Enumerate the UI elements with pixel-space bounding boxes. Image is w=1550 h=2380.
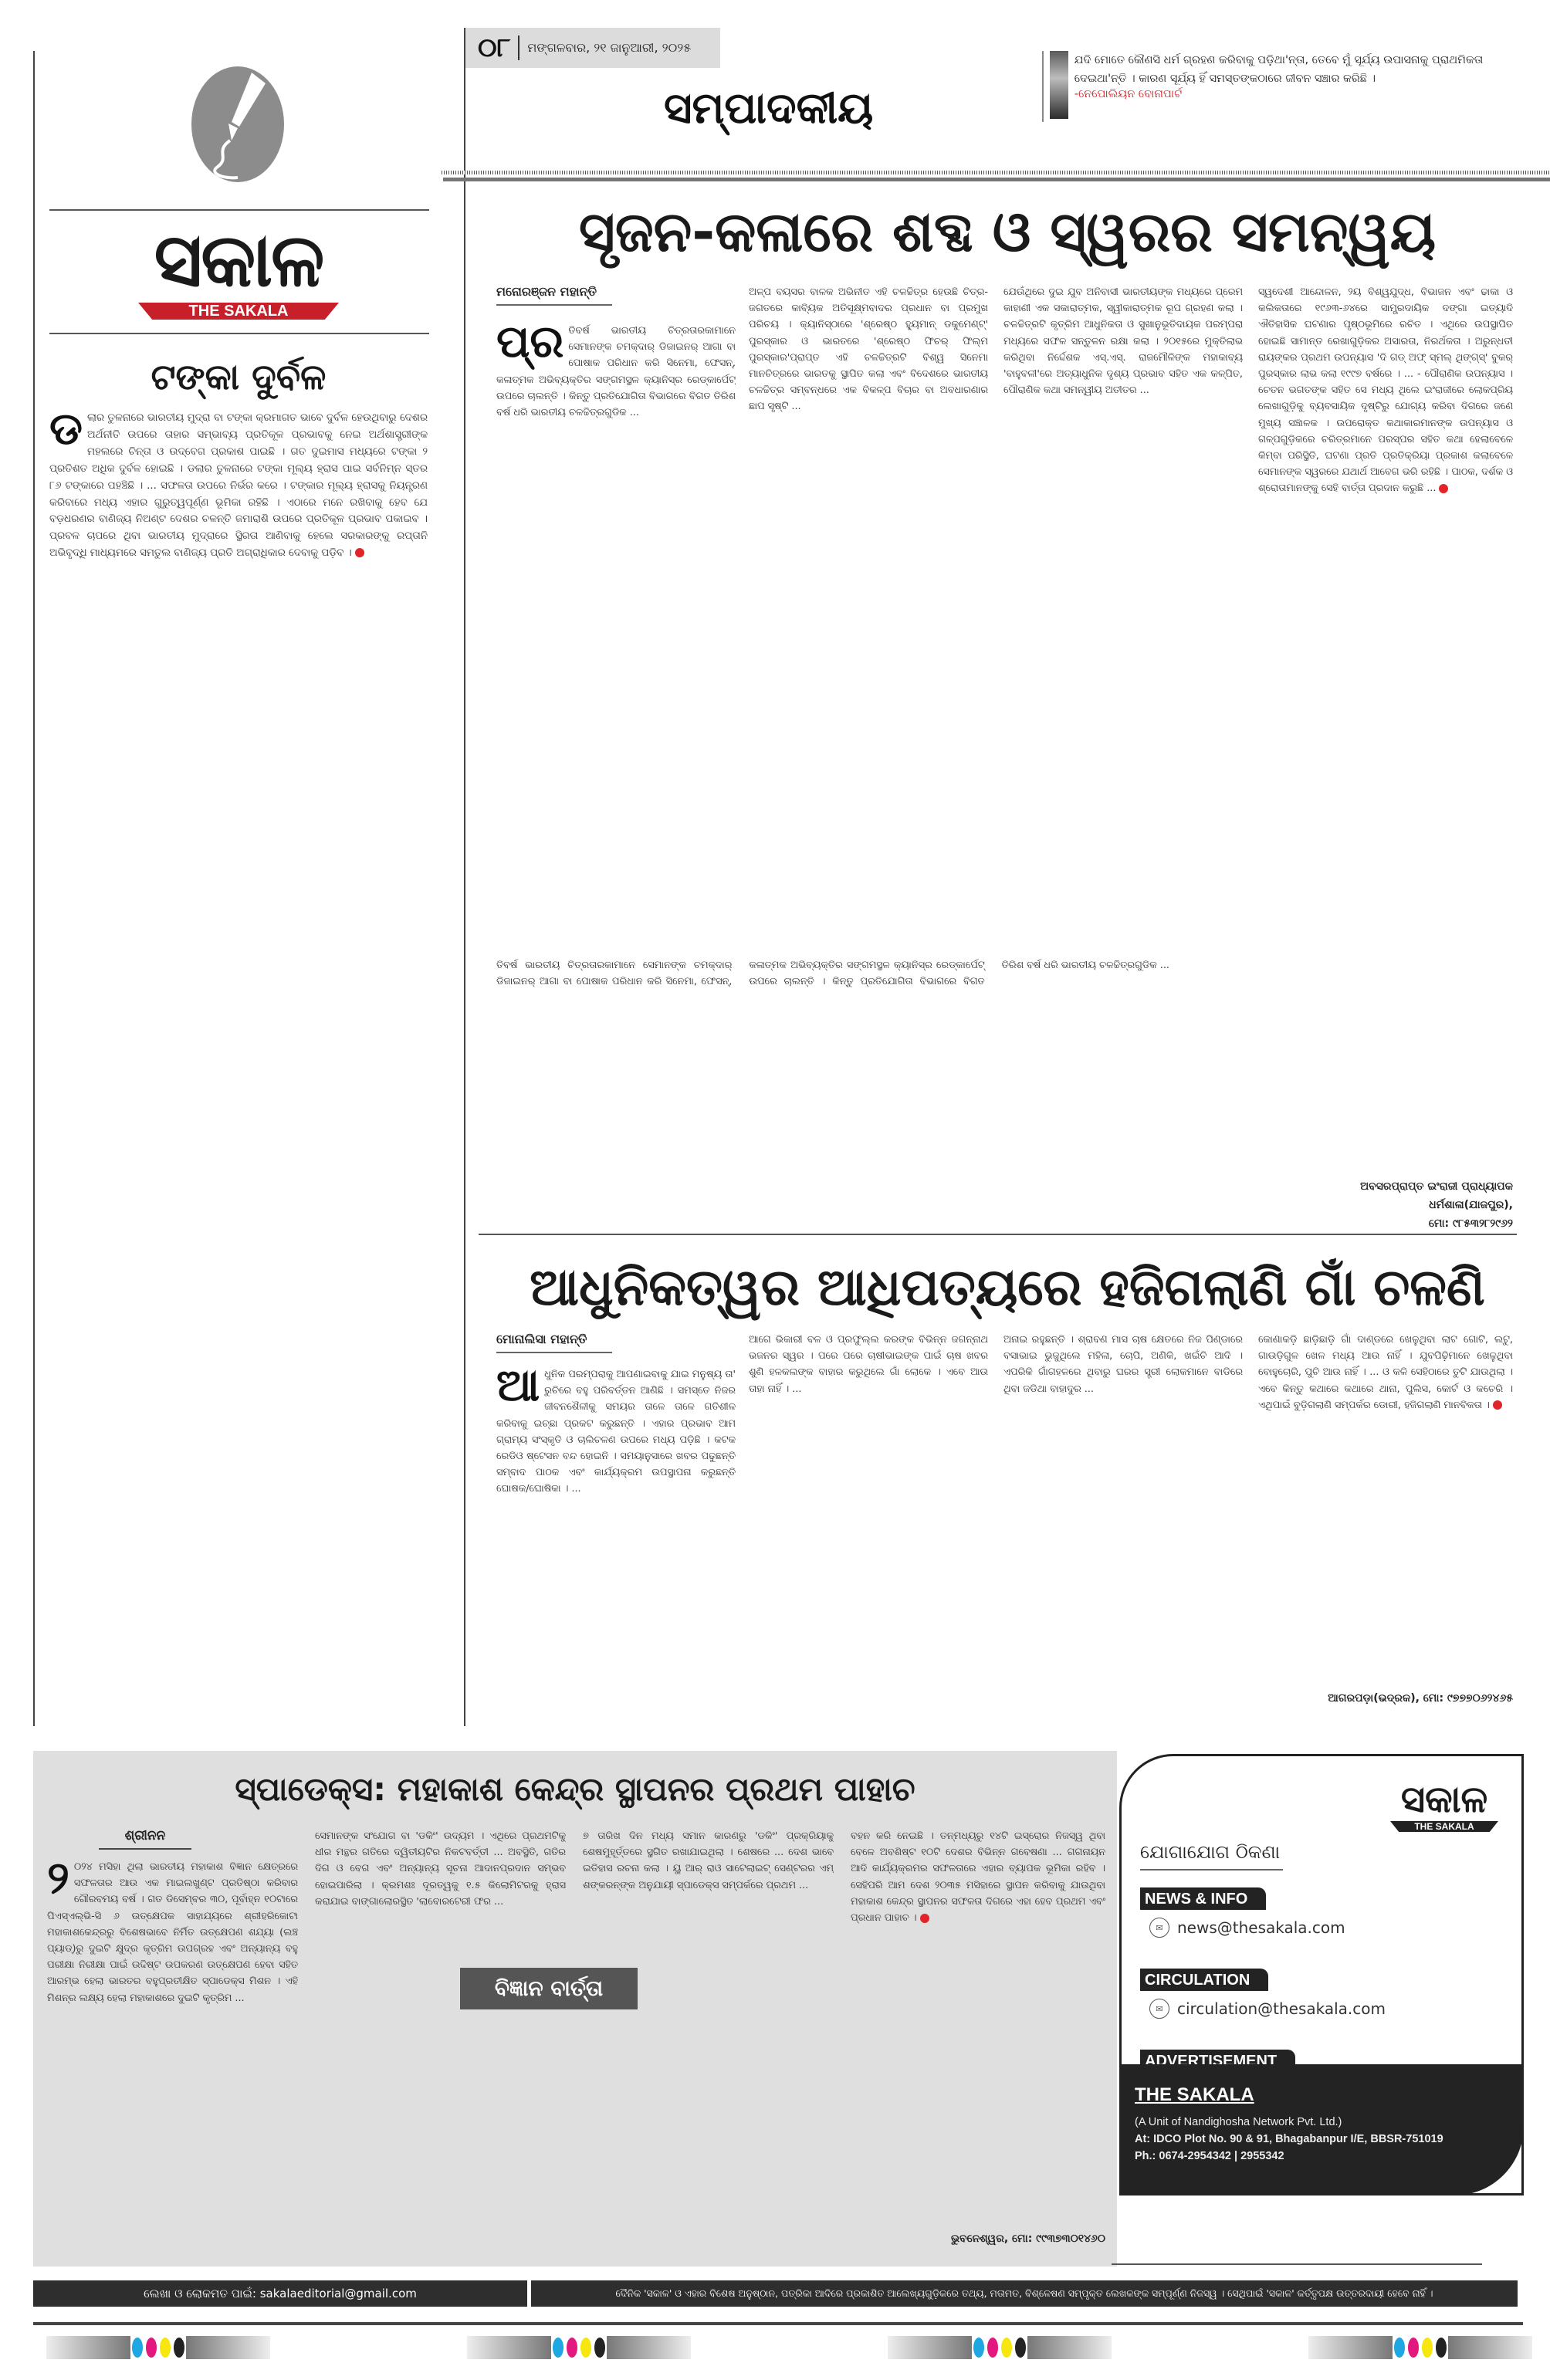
article-divider	[479, 1234, 1517, 1235]
section-title: ସମ୍ପାଦକୀୟ	[664, 83, 873, 134]
science-dropcap: ୨	[47, 1859, 69, 1896]
quote-box: ଯଦି ମୋତେ କୌଣସି ଧର୍ମ ଗ୍ରହଣ କରିବାକୁ ପଡ଼ିଥା…	[1042, 51, 1498, 122]
article1-col-3-text: ଯେଉଁଥିରେ ଦୁଇ ଯୁବ ଅନିବାସୀ ଭାରତୀୟଙ୍କ ମଧ୍ୟର…	[1003, 286, 1243, 396]
contact-circulation: CIRCULATION ✉circulation@thesakala.com	[1140, 1969, 1511, 2019]
quote-text: ଯଦି ମୋତେ କୌଣସି ଧର୍ମ ଗ୍ରହଣ କରିବାକୁ ପଡ଼ିଥା…	[1075, 51, 1498, 88]
header-dotted-rule	[442, 171, 1550, 174]
logo-band: THE SAKALA	[138, 303, 339, 320]
company-phone: Ph.: 0674-2954342 | 2955342	[1135, 2148, 1508, 2165]
quote-author: -ନେପୋଲିୟନ ବୋନାପାର୍ଟ	[1075, 88, 1498, 100]
contact-footer: THE SAKALA (A Unit of Nandighosha Networ…	[1119, 2064, 1524, 2195]
editorial-body: ଡ ଲାର ତୁଳନାରେ ଭାରତୀୟ ମୁଦ୍ରା ବା ଟଙ୍କା କ୍ର…	[49, 410, 428, 1757]
article2-col-4: କୋଣାକଡ଼ି ଛାଡ଼ିଛାଡ଼ି ଗାଁ ଦାଣ୍ଡରେ ଖେଳୁଥିବା…	[1258, 1332, 1513, 1691]
registration-marks	[1308, 2336, 1532, 2359]
article1-col-1: ପ୍ର ତିବର୍ଷ ଭାରତୀୟ ଚିତ୍ରତାରକାମାନେ ସେମାନଙ୍…	[496, 323, 736, 950]
article2-author: ମୋନାଲିସା ମହାନ୍ତି	[496, 1332, 612, 1353]
registration-marks	[46, 2336, 270, 2359]
article2-col-3: ଅନାଇ ରହୁଛନ୍ତି । ଶ୍ରାବଣ ମାସ ଚାଷ କ୍ଷେତରେ ନ…	[1003, 1332, 1243, 1710]
news-email[interactable]: news@thesakala.com	[1177, 1918, 1345, 1937]
contact-logo-band: THE SAKALA	[1390, 1821, 1498, 1832]
science-col-3: ୭ ତାରିଖ ଦିନ ମଧ୍ୟ ସମାନ କାରଣରୁ 'ଡକିଂ' ପ୍ରକ…	[583, 1828, 834, 2260]
science-tag: ବିଜ୍ଞାନ ବାର୍ତ୍ତା	[460, 1968, 638, 2009]
napoleon-portrait	[1050, 51, 1068, 119]
left-column-divider	[33, 51, 35, 1726]
logo-text: ସକାଳ	[49, 218, 428, 303]
end-mark-icon	[355, 548, 364, 557]
masthead-top-rule	[49, 209, 429, 211]
editorial-dropcap: ଡ	[49, 410, 83, 447]
article2-col-2: ଆଗେ ଭିକାରୀ ବଳ ଓ ପ୍ରଫୁଲ୍ଲ କରଙ୍କ ବିଭିନ୍ନ ଜ…	[749, 1332, 988, 1710]
article2-col-1: ଆ ଧୁନିକ ପରମ୍ପରାକୁ ଆପଣାଇବାକୁ ଯାଇ ମନୁଷ୍ୟ ତ…	[496, 1366, 736, 1710]
science-col-2: ସେମାନଙ୍କ ସଂଯୋଗ ବା 'ଡକିଂ' ଉଦ୍ୟମ । ଏଥିରେ ପ…	[315, 1828, 566, 2260]
end-mark-icon	[920, 1914, 929, 1923]
article2-col-3-text: ଅନାଇ ରହୁଛନ୍ତି । ଶ୍ରାବଣ ମାସ ଚାଷ କ୍ଷେତରେ ନ…	[1003, 1334, 1243, 1395]
article1-col-4: ସ୍ୱଦେଶୀ ଆନ୍ଦୋଳନ, ୨ୟ ବିଶ୍ୱଯୁଦ୍ଧ, ବିଭାଜନ ଏ…	[1258, 284, 1513, 1172]
article2-col-2-text: ଆଗେ ଭିକାରୀ ବଳ ଓ ପ୍ରଫୁଲ୍ଲ କରଙ୍କ ବିଭିନ୍ନ ଜ…	[749, 1334, 988, 1395]
science-signoff: ଭୁବନେଶ୍ୱର, ମୋ: ୯୯୩୭୩୦୧୪୬୦	[851, 2233, 1105, 2245]
circulation-email[interactable]: circulation@thesakala.com	[1177, 1999, 1386, 2018]
article2-col-4-text: କୋଣାକଡ଼ି ଛାଡ଼ିଛାଡ଼ି ଗାଁ ଦାଣ୍ଡରେ ଖେଳୁଥିବା…	[1258, 1334, 1513, 1411]
news-label: NEWS & INFO	[1140, 1887, 1266, 1910]
circulation-label: CIRCULATION	[1140, 1969, 1268, 1991]
science-col-3-text: ୭ ତାରିଖ ଦିନ ମଧ୍ୟ ସମାନ କାରଣରୁ 'ଡକିଂ' ପ୍ରକ…	[583, 1830, 834, 1891]
article1-dropcap: ପ୍ର	[496, 323, 563, 360]
page-number: ୦୮	[478, 32, 510, 63]
company-unit: (A Unit of Nandighosha Network Pvt. Ltd.…	[1135, 2114, 1508, 2131]
company-address: At: IDCO Plot No. 90 & 91, Bhagabanpur I…	[1135, 2131, 1508, 2148]
science-headline: ସ୍ପାଡେକ୍ସ: ମହାକାଶ କେନ୍ଦ୍ର ସ୍ଥାପନର ପ୍ରଥମ …	[33, 1766, 1117, 1813]
article2-signoff: ଆଗରପଡ଼ା(ଭଦ୍ରକ), ମୋ: ୯୭୭୭୦୬୨୪୬୫	[1258, 1692, 1513, 1705]
contact-news: NEWS & INFO ✉news@thesakala.com	[1140, 1887, 1511, 1938]
signoff-phone: ମୋ: ୯୮୫୩୨୮୨୯୬୨	[1258, 1214, 1513, 1233]
article1-col-4-text: ସ୍ୱଦେଶୀ ଆନ୍ଦୋଳନ, ୨ୟ ବିଶ୍ୱଯୁଦ୍ଧ, ବିଭାଜନ ଏ…	[1258, 286, 1513, 494]
main-divider	[464, 28, 465, 1726]
end-mark-icon	[1493, 1400, 1502, 1410]
contact-box: ସକାଳ THE SAKALA ଯୋଗାଯୋଗ ଠିକଣା NEWS & INF…	[1119, 1754, 1524, 2195]
article1-cont-text: ତିବର୍ଷ ଭାରତୀୟ ଚିତ୍ରତାରକାମାନେ ସେମାନଙ୍କ ଚମ…	[496, 960, 1169, 987]
science-col-4-text: ବହନ କରି ନେଇଛି । ତନ୍ମଧ୍ୟରୁ ୧୪ଟି ଇସ୍ରୋର ନି…	[851, 1830, 1105, 1924]
science-col-1: ୨ ୦୨୪ ମସିହା ଥିଲା ଭାରତୀୟ ମହାକାଶ ବିଜ୍ଞାନ କ…	[47, 1859, 298, 2260]
contact-title: ଯୋଗାଯୋଗ ଠିକଣା	[1140, 1841, 1283, 1870]
signoff-role: ଅବସରପ୍ରାପ୍ତ ଇଂରାଜୀ ପ୍ରାଧ୍ୟାପକ	[1258, 1177, 1513, 1196]
mail-icon: ✉	[1149, 1999, 1169, 2019]
footer-email-bar: ଲେଖା ଓ ଲୋକମତ ପାଇଁ: sakalaeditorial@gmail…	[33, 2280, 527, 2307]
science-col-4: ବହନ କରି ନେଇଛି । ତନ୍ମଧ୍ୟରୁ ୧୪ଟି ଇସ୍ରୋର ନି…	[851, 1828, 1105, 2229]
footer-rule	[33, 2322, 1523, 2325]
article1-cont: ତିବର୍ଷ ଭାରତୀୟ ଚିତ୍ରତାରକାମାନେ ସେମାନଙ୍କ ଚମ…	[496, 957, 1237, 1235]
contact-logo: ସକାଳ THE SAKALA	[1390, 1778, 1498, 1832]
date-bar: ୦୮ ମଙ୍ଗଳବାର, ୨୧ ଜାନୁଆରୀ, ୨୦୨୫	[465, 28, 720, 68]
article2-dropcap: ଆ	[496, 1366, 540, 1403]
contact-logo-text: ସକାଳ	[1390, 1778, 1498, 1821]
science-col-2-text: ସେମାନଙ୍କ ସଂଯୋଗ ବା 'ଡକିଂ' ଉଦ୍ୟମ । ଏଥିରେ ପ…	[315, 1830, 566, 1908]
article1-signoff: ଅବସରପ୍ରାପ୍ତ ଇଂରାଜୀ ପ୍ରାଧ୍ୟାପକ ଧର୍ମଶାଳା(ଯ…	[1258, 1177, 1513, 1233]
registration-marks	[888, 2336, 1112, 2359]
article1-author: ମନୋରଞ୍ଜନ ମହାନ୍ତି	[496, 284, 612, 306]
editorial-text: ଲାର ତୁଳନାରେ ଭାରତୀୟ ମୁଦ୍ରା ବା ଟଙ୍କା କ୍ରମା…	[49, 412, 428, 559]
header-thick-rule	[443, 178, 1550, 181]
article1-col-2-text: ଅଳ୍ପ ବୟସର ବାଳକ ଅଭିନୀତ ଏହି ଚଳଚ୍ଚିତ୍ର ହେଉଛ…	[749, 286, 988, 412]
company-name: THE SAKALA	[1135, 2084, 1508, 2106]
registration-marks	[467, 2336, 691, 2359]
issue-date: ମଙ୍ଗଳବାର, ୨୧ ଜାନୁଆରୀ, ୨୦୨୫	[527, 40, 691, 56]
editorial-headline: ଟଙ୍କା ଦୁର୍ବଳ	[49, 356, 428, 399]
left-column: ସକାଳ THE SAKALA ଟଙ୍କା ଦୁର୍ବଳ ଡ ଲାର ତୁଳନା…	[37, 51, 429, 1672]
masthead-logo: ସକାଳ THE SAKALA	[49, 218, 428, 349]
article1-headline: ସୃଜନ-କଳାରେ ଶବ୍ଦ ଓ ସ୍ୱରର ସମନ୍ୱୟ	[479, 193, 1536, 270]
article1-col-2: ଅଳ୍ପ ବୟସର ବାଳକ ଅଭିନୀତ ଏହି ଚଳଚ୍ଚିତ୍ର ହେଉଛ…	[749, 284, 988, 950]
fountain-pen-icon	[191, 66, 284, 182]
contact-bottom-rule	[1112, 2263, 1482, 2265]
end-mark-icon	[1439, 484, 1448, 493]
science-author: ଶ୍ରୀନନ	[99, 1828, 191, 1850]
article2-headline: ଆଧୁନିକତ୍ୱର ଆଧିପତ୍ୟରେ ହଜିଗଲାଣି ଗାଁ ଚଳଣି	[479, 1251, 1536, 1325]
date-separator	[518, 36, 519, 60]
article1-col-3: ଯେଉଁଥିରେ ଦୁଇ ଯୁବ ଅନିବାସୀ ଭାରତୀୟଙ୍କ ମଧ୍ୟର…	[1003, 284, 1243, 950]
science-col-1-text: ୦୨୪ ମସିହା ଥିଲା ଭାରତୀୟ ମହାକାଶ ବିଜ୍ଞାନ କ୍ଷ…	[47, 1861, 298, 2004]
mail-icon: ✉	[1149, 1918, 1169, 1938]
signoff-place: ଧର୍ମଶାଳା(ଯାଜପୁର),	[1258, 1196, 1513, 1214]
footer-disclaimer-bar: ଦୈନିକ 'ସକାଳ' ଓ ଏହାର ବିଶେଷ ଅନୁଷ୍ଠାନ, ପତ୍ର…	[531, 2280, 1518, 2307]
masthead-bottom-rule	[49, 333, 429, 334]
